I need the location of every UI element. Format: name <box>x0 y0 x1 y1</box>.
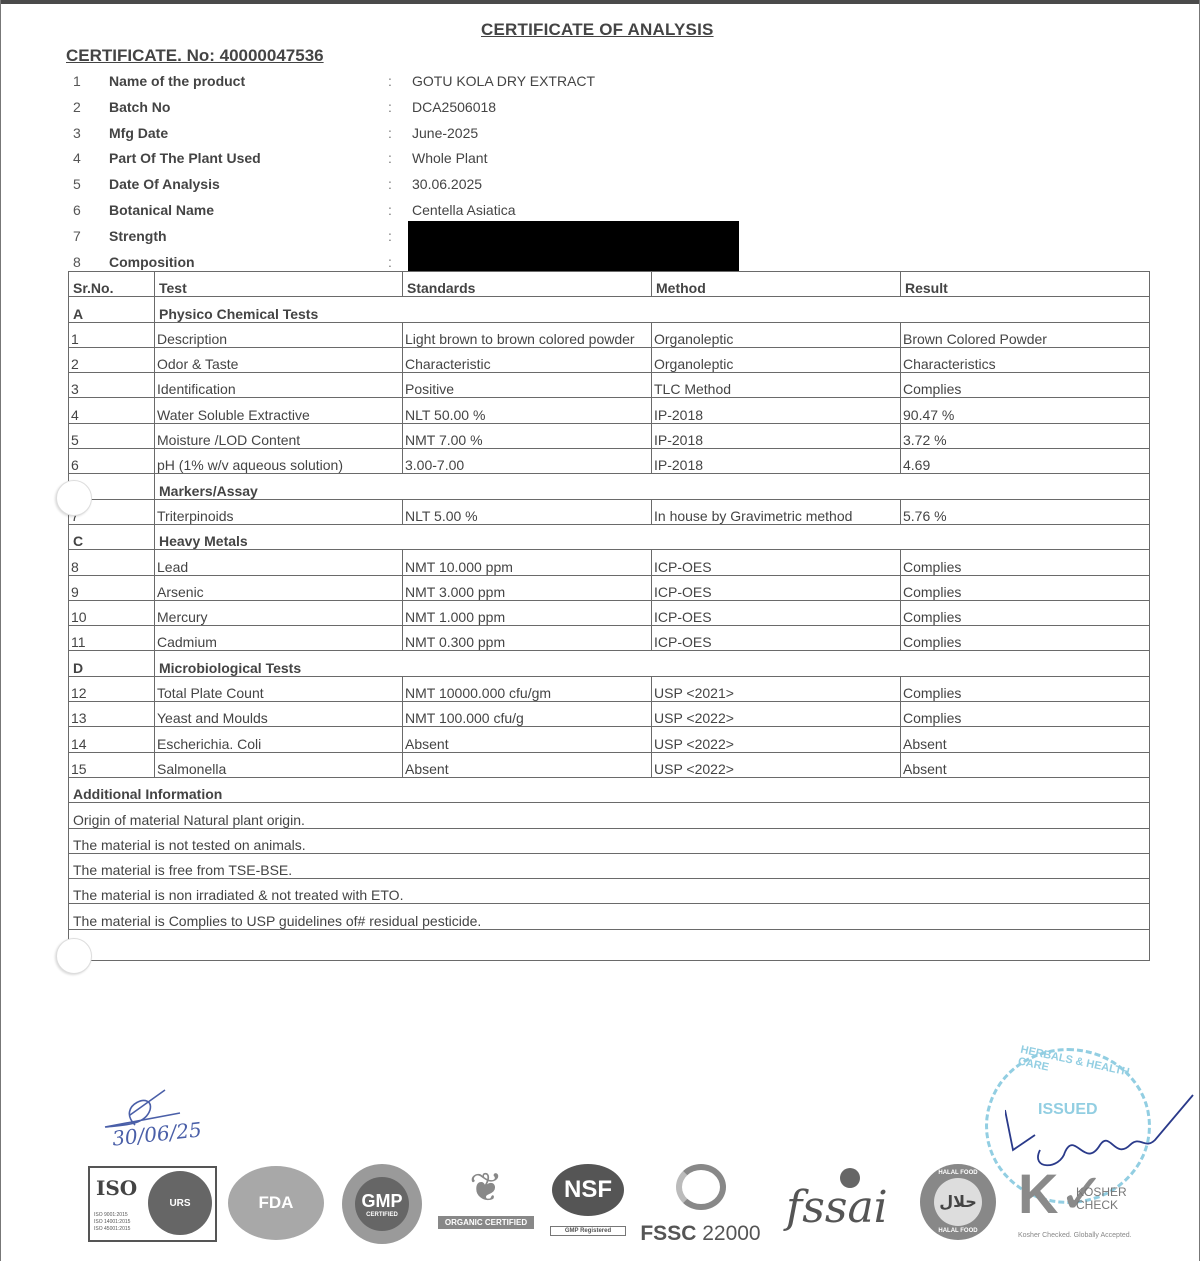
cell-result: Characteristics <box>901 347 1150 372</box>
iso-line: ISO 14001:2015 <box>94 1219 130 1226</box>
cell-result: Brown Colored Powder <box>901 322 1150 347</box>
additional-info-row: The material is not tested on animals. <box>69 828 1150 853</box>
nsf-sub: GMP Registered <box>550 1226 626 1236</box>
halal-logo: HALAL FOOD حلال HALAL FOOD <box>920 1164 996 1240</box>
cell-sr-no: 12 <box>69 676 155 701</box>
info-number: 3 <box>73 125 81 141</box>
table-row: 5Moisture /LOD ContentNMT 7.00 %IP-20183… <box>69 423 1150 448</box>
organic-label: ORGANIC CERTIFIED <box>438 1216 534 1229</box>
cell-result: Complies <box>901 600 1150 625</box>
cell-method: TLC Method <box>652 373 901 398</box>
section-row: CHeavy Metals <box>69 524 1150 549</box>
info-colon: : <box>388 73 392 89</box>
cell-test: Salmonella <box>155 752 403 777</box>
fssc-ring-icon <box>676 1164 726 1210</box>
header-result: Result <box>901 272 1150 297</box>
table-header-row: Sr.No. Test Standards Method Result <box>69 272 1150 297</box>
additional-info-text: The material is not tested on animals. <box>69 828 1150 853</box>
info-label: Name of the product <box>109 73 245 89</box>
cell-sr-no: 13 <box>69 702 155 727</box>
info-label: Strength <box>109 228 167 244</box>
fssc-mark: FSSC <box>640 1222 696 1245</box>
cell-test: Escherichia. Coli <box>155 727 403 752</box>
punch-hole-mark <box>56 480 92 516</box>
section-title: Microbiological Tests <box>155 651 1150 676</box>
table-row: 1DescriptionLight brown to brown colored… <box>69 322 1150 347</box>
cell-standard: NLT 50.00 % <box>403 398 652 423</box>
certification-logos: ISO ISO 9001:2015 ISO 14001:2015 ISO 450… <box>88 1160 1158 1250</box>
cell-result: Complies <box>901 626 1150 651</box>
cell-sr-no: 3 <box>69 373 155 398</box>
table-row: 4Water Soluble ExtractiveNLT 50.00 %IP-2… <box>69 398 1150 423</box>
stamp-ring-text: HERBALS & HEALTH CARE <box>1017 1044 1149 1095</box>
cell-method: USP <2022> <box>652 727 901 752</box>
cell-standard: NMT 0.300 ppm <box>403 626 652 651</box>
additional-info-row: The material is free from TSE-BSE. <box>69 853 1150 878</box>
cell-sr-no: 2 <box>69 347 155 372</box>
cell-method: IP-2018 <box>652 423 901 448</box>
section-letter: D <box>69 651 155 676</box>
product-info-row: 4Part Of The Plant Used:Whole Plant <box>66 147 766 173</box>
fssai-mark: fssai <box>786 1182 888 1233</box>
info-number: 8 <box>73 254 81 270</box>
cell-result: 4.69 <box>901 449 1150 474</box>
cell-sr-no: 1 <box>69 322 155 347</box>
cell-sr-no: 10 <box>69 600 155 625</box>
gmp-mark: GMP <box>361 1191 402 1212</box>
table-row: 3IdentificationPositiveTLC MethodComplie… <box>69 373 1150 398</box>
info-value: Whole Plant <box>412 150 487 166</box>
additional-info-title: Additional Information <box>69 777 1150 802</box>
cell-sr-no: 14 <box>69 727 155 752</box>
cell-test: Lead <box>155 550 403 575</box>
cell-standard: NLT 5.00 % <box>403 499 652 524</box>
section-title: Physico Chemical Tests <box>155 297 1150 322</box>
info-value: DCA2506018 <box>412 99 496 115</box>
info-value: GOTU KOLA DRY EXTRACT <box>412 73 595 89</box>
info-label: Date Of Analysis <box>109 176 220 192</box>
urs-seal-icon: URS <box>148 1171 212 1235</box>
cell-result: Absent <box>901 752 1150 777</box>
cell-sr-no: 4 <box>69 398 155 423</box>
cell-test: Odor & Taste <box>155 347 403 372</box>
product-info-row: 5Date Of Analysis:30.06.2025 <box>66 173 766 199</box>
cell-standard: Absent <box>403 752 652 777</box>
info-value: 30.06.2025 <box>412 176 482 192</box>
section-title: Markers/Assay <box>155 474 1150 499</box>
halal-ring-top: HALAL FOOD <box>920 1170 996 1176</box>
cell-test: Moisture /LOD Content <box>155 423 403 448</box>
table-row: 13Yeast and MouldsNMT 100.000 cfu/gUSP <… <box>69 702 1150 727</box>
info-colon: : <box>388 176 392 192</box>
product-info-row: 2Batch No:DCA2506018 <box>66 96 766 122</box>
cell-method: ICP-OES <box>652 626 901 651</box>
info-label: Batch No <box>109 99 170 115</box>
cell-standard: 3.00-7.00 <box>403 449 652 474</box>
info-value: Centella Asiatica <box>412 202 516 218</box>
section-letter: C <box>69 524 155 549</box>
cell-standard: NMT 1.000 ppm <box>403 600 652 625</box>
info-label: Part Of The Plant Used <box>109 150 261 166</box>
cell-test: Description <box>155 322 403 347</box>
cell-sr-no: 6 <box>69 449 155 474</box>
cell-method: USP <2022> <box>652 752 901 777</box>
cell-result: Complies <box>901 373 1150 398</box>
punch-hole-mark <box>56 938 92 974</box>
cell-method: In house by Gravimetric method <box>652 499 901 524</box>
gmp-logo: GMP CERTIFIED <box>342 1164 422 1244</box>
cell-sr-no: 15 <box>69 752 155 777</box>
info-colon: : <box>388 150 392 166</box>
cell-test: Cadmium <box>155 626 403 651</box>
header-standards: Standards <box>403 272 652 297</box>
cell-result: 3.72 % <box>901 423 1150 448</box>
info-colon: : <box>388 202 392 218</box>
cell-test: Identification <box>155 373 403 398</box>
cell-result: 90.47 % <box>901 398 1150 423</box>
cell-test: Water Soluble Extractive <box>155 398 403 423</box>
header-sr-no: Sr.No. <box>69 272 155 297</box>
additional-info-row: The material is non irradiated & not tre… <box>69 879 1150 904</box>
cell-result: Complies <box>901 676 1150 701</box>
blank-row <box>69 929 1150 960</box>
table-row: 14Escherichia. ColiAbsentUSP <2022>Absen… <box>69 727 1150 752</box>
fssc-number: 22000 <box>702 1222 760 1245</box>
cell-standard: Positive <box>403 373 652 398</box>
info-colon: : <box>388 125 392 141</box>
section-row: APhysico Chemical Tests <box>69 297 1150 322</box>
halal-ring-bottom: HALAL FOOD <box>920 1228 996 1234</box>
table-row: 10MercuryNMT 1.000 ppmICP-OESComplies <box>69 600 1150 625</box>
info-label: Composition <box>109 254 195 270</box>
cell-standard: NMT 10.000 ppm <box>403 550 652 575</box>
cell-standard: Characteristic <box>403 347 652 372</box>
cell-test: Mercury <box>155 600 403 625</box>
cell-sr-no: 5 <box>69 423 155 448</box>
cell-method: Organoleptic <box>652 347 901 372</box>
info-label: Mfg Date <box>109 125 168 141</box>
leaf-icon: ❦ <box>438 1160 534 1216</box>
section-row: DMicrobiological Tests <box>69 651 1150 676</box>
cell-sr-no: 8 <box>69 550 155 575</box>
table-row: 9ArsenicNMT 3.000 ppmICP-OESComplies <box>69 575 1150 600</box>
cell-test: Yeast and Moulds <box>155 702 403 727</box>
cell-method: Organoleptic <box>652 322 901 347</box>
info-value: June-2025 <box>412 125 478 141</box>
cell-test: pH (1% w/v aqueous solution) <box>155 449 403 474</box>
info-number: 4 <box>73 150 81 166</box>
table-row: 2Odor & TasteCharacteristicOrganolepticC… <box>69 347 1150 372</box>
nsf-logo: NSF GMP Registered <box>550 1164 626 1244</box>
product-info-row: 3Mfg Date:June-2025 <box>66 122 766 148</box>
additional-info-header: Additional Information <box>69 777 1150 802</box>
cell-result: Complies <box>901 702 1150 727</box>
cell-result: Complies <box>901 575 1150 600</box>
iso-logo: ISO ISO 9001:2015 ISO 14001:2015 ISO 450… <box>88 1166 217 1242</box>
cell-method: IP-2018 <box>652 398 901 423</box>
table-row: 8LeadNMT 10.000 ppmICP-OESComplies <box>69 550 1150 575</box>
halal-mark: حلال <box>934 1178 982 1226</box>
info-colon: : <box>388 228 392 244</box>
top-border <box>0 0 1200 4</box>
gmp-sub: CERTIFIED <box>366 1212 398 1218</box>
info-colon: : <box>388 254 392 270</box>
cell-method: ICP-OES <box>652 600 901 625</box>
table-row: 7TriterpinoidsNLT 5.00 %In house by Grav… <box>69 499 1150 524</box>
additional-info-text: The material is free from TSE-BSE. <box>69 853 1150 878</box>
kosher-tagline: Kosher Checked. Globally Accepted. <box>1018 1232 1132 1239</box>
header-method: Method <box>652 272 901 297</box>
blank-cell <box>69 929 1150 960</box>
section-title: Heavy Metals <box>155 524 1150 549</box>
cell-sr-no: 9 <box>69 575 155 600</box>
cell-test: Triterpinoids <box>155 499 403 524</box>
fda-logo: FDA <box>228 1166 324 1240</box>
cell-standard: NMT 3.000 ppm <box>403 575 652 600</box>
cell-standard: Light brown to brown colored powder <box>403 322 652 347</box>
additional-info-row: Origin of material Natural plant origin. <box>69 803 1150 828</box>
additional-info-row: The material is Complies to USP guidelin… <box>69 904 1150 929</box>
redacted-block <box>408 221 739 272</box>
document-title: CERTIFICATE OF ANALYSIS <box>481 20 714 40</box>
certificate-number: CERTIFICATE. No: 40000047536 <box>66 46 324 66</box>
info-number: 2 <box>73 99 81 115</box>
cell-method: USP <2022> <box>652 702 901 727</box>
cell-method: ICP-OES <box>652 575 901 600</box>
kosher-line2: CHECK <box>1076 1199 1127 1212</box>
cell-result: 5.76 % <box>901 499 1150 524</box>
cell-standard: NMT 10000.000 cfu/gm <box>403 676 652 701</box>
info-number: 1 <box>73 73 81 89</box>
iso-standards: ISO 9001:2015 ISO 14001:2015 ISO 45001:2… <box>94 1212 130 1233</box>
additional-info-text: The material is non irradiated & not tre… <box>69 879 1150 904</box>
cell-test: Arsenic <box>155 575 403 600</box>
cell-sr-no: 11 <box>69 626 155 651</box>
signature-right <box>1005 1090 1195 1185</box>
table-row: 6pH (1% w/v aqueous solution)3.00-7.00IP… <box>69 449 1150 474</box>
info-colon: : <box>388 99 392 115</box>
table-row: 15SalmonellaAbsentUSP <2022>Absent <box>69 752 1150 777</box>
additional-info-text: The material is Complies to USP guidelin… <box>69 904 1150 929</box>
cell-standard: NMT 100.000 cfu/g <box>403 702 652 727</box>
cell-standard: Absent <box>403 727 652 752</box>
header-test: Test <box>155 272 403 297</box>
section-row: Markers/Assay <box>69 474 1150 499</box>
analysis-table: Sr.No. Test Standards Method Result APhy… <box>68 271 1150 961</box>
iso-mark: ISO <box>96 1176 137 1200</box>
nsf-mark: NSF <box>552 1164 624 1216</box>
iso-line: ISO 45001:2015 <box>94 1226 130 1233</box>
cell-standard: NMT 7.00 % <box>403 423 652 448</box>
info-label: Botanical Name <box>109 202 214 218</box>
section-letter: A <box>69 297 155 322</box>
fssc-logo: FSSC 22000 <box>633 1164 768 1244</box>
product-info-row: 1Name of the product:GOTU KOLA DRY EXTRA… <box>66 70 766 96</box>
table-row: 12Total Plate CountNMT 10000.000 cfu/gmU… <box>69 676 1150 701</box>
cell-test: Total Plate Count <box>155 676 403 701</box>
cell-method: ICP-OES <box>652 550 901 575</box>
organic-logo: ❦ ORGANIC CERTIFIED <box>438 1160 534 1240</box>
info-number: 7 <box>73 228 81 244</box>
cell-result: Complies <box>901 550 1150 575</box>
table-row: 11CadmiumNMT 0.300 ppmICP-OESComplies <box>69 626 1150 651</box>
cell-method: IP-2018 <box>652 449 901 474</box>
additional-info-text: Origin of material Natural plant origin. <box>69 803 1150 828</box>
fssai-logo: fssai <box>780 1160 900 1244</box>
iso-line: ISO 9001:2015 <box>94 1212 130 1219</box>
cell-result: Absent <box>901 727 1150 752</box>
info-number: 5 <box>73 176 81 192</box>
left-border <box>0 0 1 1261</box>
info-number: 6 <box>73 202 81 218</box>
cell-method: USP <2021> <box>652 676 901 701</box>
